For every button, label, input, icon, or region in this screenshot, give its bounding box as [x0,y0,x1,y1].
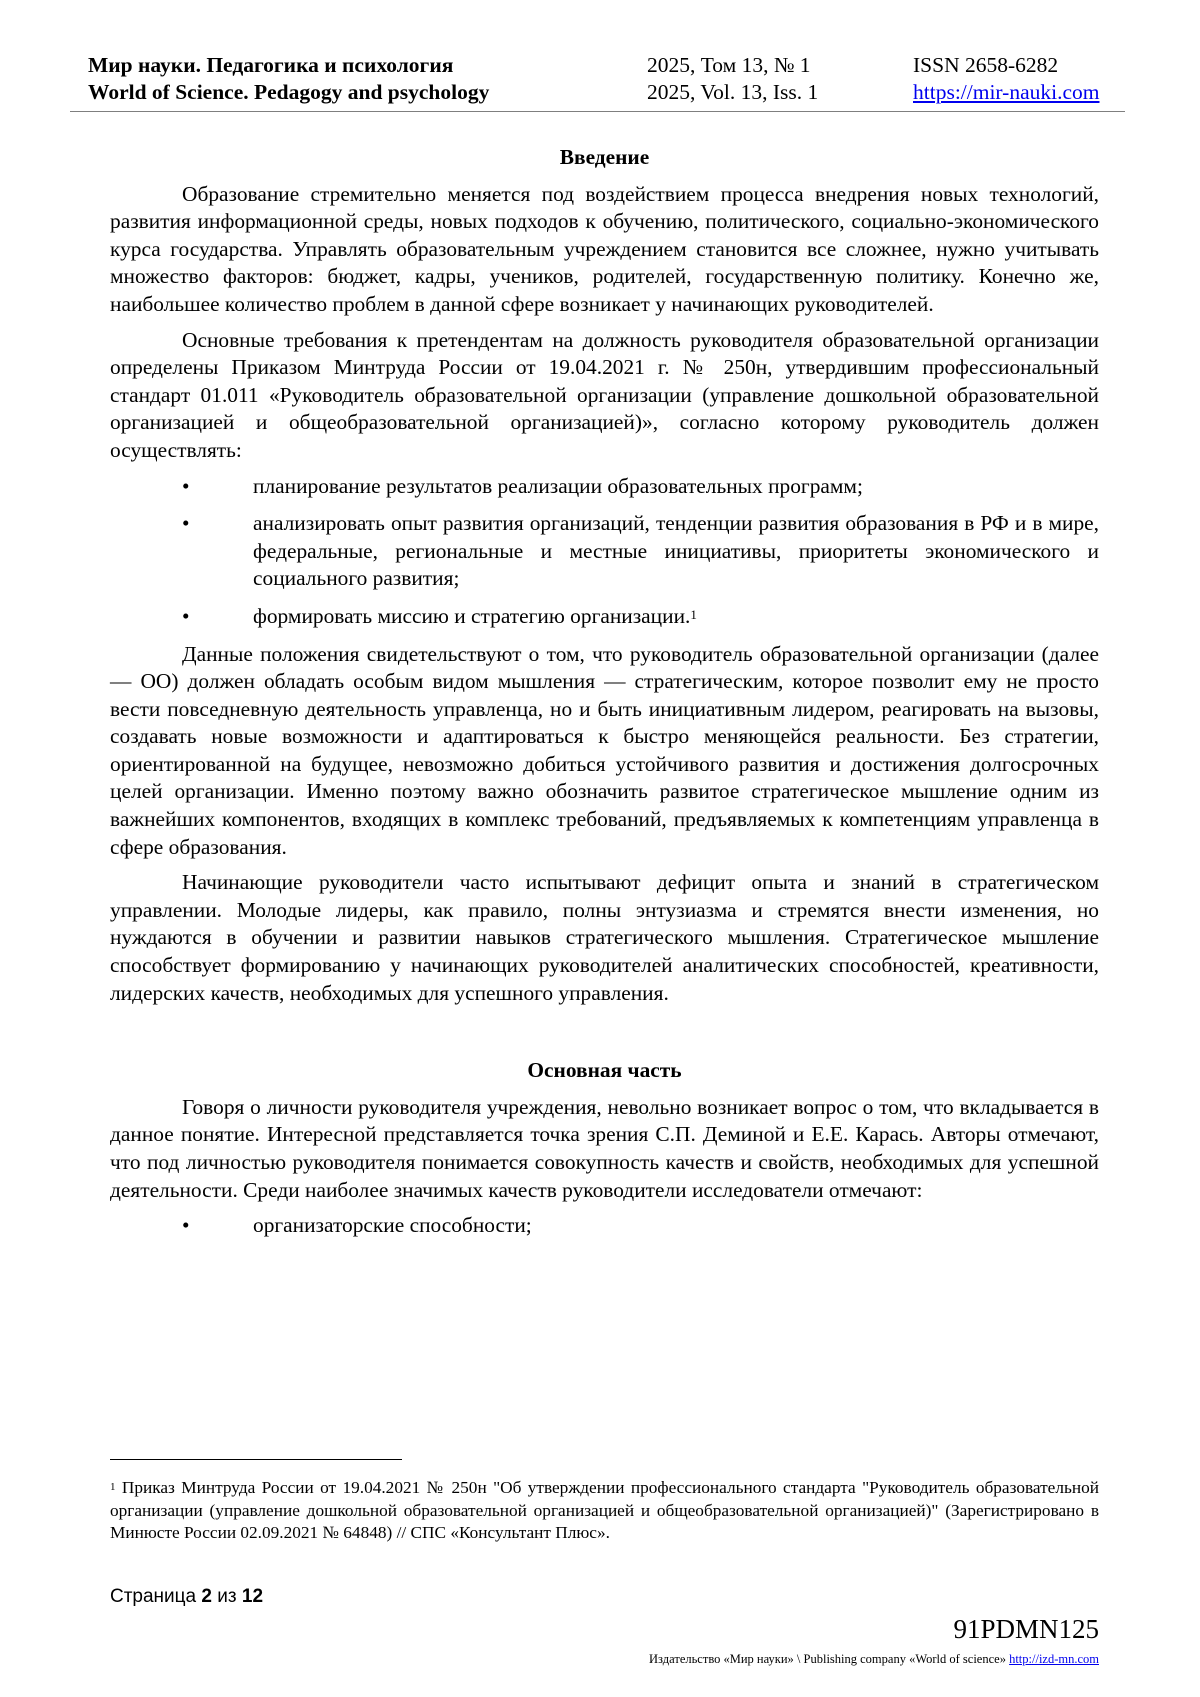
qualities-list: •организаторские способности; [110,1212,1099,1240]
total-pages: 12 [242,1586,263,1607]
list-item: •формировать миссию и стратегию организа… [110,603,1099,631]
paragraph: Образование стремительно меняется под во… [110,181,1099,319]
issue-ru: 2025, Том 13, № 1 [647,52,818,79]
paragraph: Говоря о личности руководителя учреждени… [110,1094,1099,1204]
bullet-icon: • [182,1212,190,1240]
footnote-text: Приказ Минтруда России от 19.04.2021 № 2… [110,1478,1099,1542]
section-spacer [110,1015,1099,1057]
issue-en: 2025, Vol. 13, Iss. 1 [647,79,818,106]
list-item: •организаторские способности; [110,1212,1099,1240]
header-divider [70,111,1125,112]
footnote-ref[interactable]: 1 [690,607,697,622]
journal-title-ru: Мир науки. Педагогика и психология [88,52,489,79]
journal-title: Мир науки. Педагогика и психология World… [88,52,489,106]
article-body: Введение Образование стремительно меняет… [110,144,1099,1250]
section-heading-main-part: Основная часть [110,1057,1099,1085]
paragraph: Начинающие руководители часто испытывают… [110,869,1099,1007]
requirements-list: •планирование результатов реализации обр… [110,473,1099,631]
bullet-icon: • [182,603,190,631]
bullet-icon: • [182,473,190,501]
footnote-divider [110,1459,402,1460]
bullet-icon: • [182,510,190,538]
list-item: •анализировать опыт развития организаций… [110,510,1099,593]
journal-title-en: World of Science. Pedagogy and psycholog… [88,79,489,106]
footnote: 1 Приказ Минтруда России от 19.04.2021 №… [110,1477,1099,1545]
publisher-url-link[interactable]: http://izd-mn.com [1009,1652,1099,1666]
issue-info: 2025, Том 13, № 1 2025, Vol. 13, Iss. 1 [647,52,818,106]
page-number: Страница 2 из 12 [110,1586,263,1608]
footnote-number: 1 [110,1481,116,1493]
publisher-line: Издательство «Мир науки» \ Publishing co… [649,1652,1099,1667]
issn-block: ISSN 2658-6282 https://mir-nauki.com [913,52,1099,106]
current-page: 2 [201,1586,212,1607]
issn: ISSN 2658-6282 [913,52,1099,79]
paragraph: Данные положения свидетельствуют о том, … [110,641,1099,862]
list-item: •планирование результатов реализации обр… [110,473,1099,501]
article-code: 91PDMN125 [953,1614,1099,1645]
journal-url-link[interactable]: https://mir-nauki.com [913,80,1099,104]
paragraph: Основные требования к претендентам на до… [110,327,1099,465]
section-heading-introduction: Введение [110,144,1099,172]
